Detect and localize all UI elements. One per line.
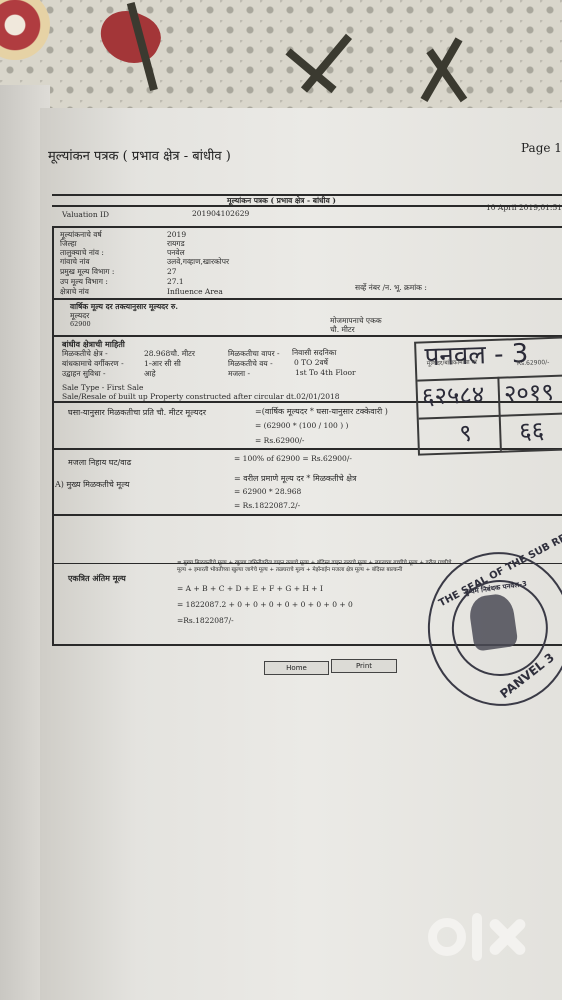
depreciated-rate-label: घसा-यानुसार मिळकतीचा प्रति चौ. मीटर मूल्… [68, 407, 206, 418]
unit-value: चौ. मीटर [330, 325, 355, 335]
final-value-label: एकत्रित अंतिम मूल्य [68, 573, 126, 584]
olx-x-shape [488, 918, 526, 956]
field-label: मिळकतीचे वय - [228, 359, 273, 369]
field-value: 2019 [167, 230, 186, 239]
stamp-office: पनवल - 3 [424, 334, 529, 374]
main-value-label: A) मुख्य मिळकतीचे मूल्य [55, 479, 130, 490]
stamp-overlay-rate: Rs.62900/- [517, 359, 550, 367]
field-value: 1-आर सी सी [144, 359, 181, 369]
field-label: उद्वाहन सुविधा - [62, 369, 106, 379]
depreciated-rate-calc: = (62900 * (100 / 100 ) ) [255, 421, 348, 430]
field-label: गांवाचे नांव [60, 257, 90, 267]
stamp-page-number: ९ [459, 416, 473, 449]
field-label: प्रमुख मूल्य विभाग : [60, 267, 114, 277]
field-label: मिळकतीचा वापर - [228, 349, 280, 359]
field-value: 28.968चौ. मीटर [144, 349, 195, 359]
floor-adjustment-label: मजला निहाय घट/वाढ [68, 457, 131, 468]
main-value-result: = Rs.1822087.2/- [234, 501, 300, 510]
final-value-calc: = 1822087.2 + 0 + 0 + 0 + 0 + 0 + 0 + 0 … [177, 600, 353, 609]
registration-stamp: पनवल - 3 मूल्यदर/बांधकामाचा दर Rs.62900/… [414, 336, 562, 455]
stamp-total-pages: ६६ [519, 413, 545, 447]
page-number: Page 1 of [521, 141, 562, 155]
survey-number-label: सर्व्हे नंबर /न. भू. क्रमांक : [355, 283, 427, 293]
field-value: आहे [144, 369, 156, 379]
sale-type: Sale Type - First Sale [62, 383, 144, 392]
field-value: 27 [167, 267, 177, 276]
olx-l-shape [472, 913, 482, 961]
field-label: बांधकामाचे वर्गीकरण - [62, 359, 124, 369]
final-value-desc-2: मूल्य + इमारती भोवतीच्या खुल्या जागेचे म… [177, 565, 402, 573]
field-label: मिळकतीचे क्षेत्र - [62, 349, 108, 359]
field-value: 27.1 [167, 277, 184, 286]
field-label: उप मूल्य विभाग : [60, 277, 108, 287]
field-value: Influence Area [167, 287, 223, 296]
stamp-year: २०१९ [503, 375, 554, 410]
sale-note: Sale/Resale of built up Property constru… [62, 392, 340, 401]
depreciated-rate-result: = Rs.62900/- [255, 436, 304, 445]
olx-o-shape [428, 918, 466, 956]
valuation-id: 201904102629 [192, 209, 249, 218]
main-value-formula: = वरील प्रमाणे मूल्य दर * मिळकतीचे क्षेत… [234, 473, 356, 484]
field-value: 0 TO 2वर्षे [294, 358, 328, 368]
field-label: क्षेत्राचे नांव [60, 287, 89, 297]
field-value: निवासी सदनिका [292, 348, 336, 358]
field-label: मजला - [228, 369, 250, 379]
flower-motif [0, 0, 50, 60]
main-value-calc: = 62900 * 28.968 [234, 487, 301, 496]
field-value: उलवे,गव्हाण,खारकोपर [167, 257, 229, 267]
final-value-result: =Rs.1822087/- [177, 616, 234, 625]
fabric-background [0, 0, 562, 120]
field-value: 1st To 4th Floor [295, 368, 356, 377]
print-button[interactable]: Print [331, 659, 397, 673]
valuation-id-label: Valuation ID [62, 210, 109, 219]
page-title: मूल्यांकन पत्रक ( प्रभाव क्षेत्र - बांधी… [48, 146, 231, 164]
floor-adjustment-value: = 100% of 62900 = Rs.62900/- [234, 454, 352, 463]
olx-logo [428, 912, 526, 962]
final-value-letters: = A + B + C + D + E + F + G + H + I [177, 584, 323, 593]
home-button[interactable]: Home [264, 661, 329, 675]
annual-rate-value: 62900 [70, 320, 91, 328]
stamp-document-number: ६२५८४ [421, 377, 485, 412]
timestamp: 10 April 2019,01:51:36 [486, 203, 562, 212]
depreciated-rate-formula: =(वार्षिक मूल्यदर * घसा-यानुसार टक्केवार… [255, 406, 388, 417]
